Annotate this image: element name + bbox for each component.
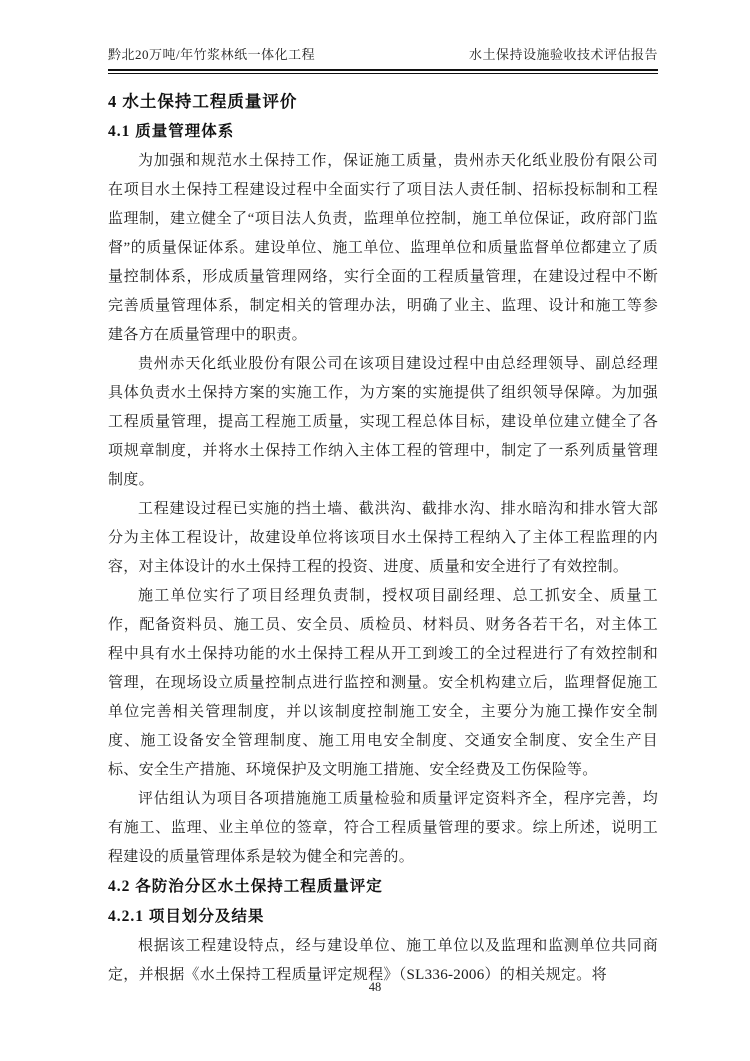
document-page: 黔北20万吨/年竹浆林纸一体化工程 水土保持设施验收技术评估报告 4 水土保持工… [0, 0, 750, 1061]
section-4-1-heading: 4.1 质量管理体系 [108, 117, 658, 147]
section-4-2-heading: 4.2 各防治分区水土保持工程质量评定 [108, 872, 658, 902]
paragraph-quality-system-5: 评估组认为项目各项措施施工质量检验和质量评定资料齐全，程序完善，均有施工、监理、… [108, 785, 658, 872]
paragraph-quality-system-3: 工程建设过程已实施的挡土墙、截洪沟、截排水沟、排水暗沟和排水管大部分为主体工程设… [108, 495, 658, 582]
section-4-heading: 4 水土保持工程质量评价 [108, 87, 658, 117]
section-4-2-1-heading: 4.2.1 项目划分及结果 [108, 902, 658, 932]
paragraph-quality-system-2: 贵州赤天化纸业股份有限公司在该项目建设过程中由总经理领导、副总经理具体负责水土保… [108, 350, 658, 495]
paragraph-quality-system-1: 为加强和规范水土保持工作，保证施工质量，贵州赤天化纸业股份有限公司在项目水土保持… [108, 147, 658, 350]
header-left-title: 黔北20万吨/年竹浆林纸一体化工程 [108, 46, 315, 64]
header-rule [108, 69, 658, 74]
page-footer: 48 [0, 980, 750, 995]
header-right-title: 水土保持设施验收技术评估报告 [469, 46, 658, 64]
page-content: 黔北20万吨/年竹浆林纸一体化工程 水土保持设施验收技术评估报告 4 水土保持工… [108, 46, 658, 990]
page-number: 48 [369, 980, 382, 994]
page-header: 黔北20万吨/年竹浆林纸一体化工程 水土保持设施验收技术评估报告 [108, 46, 658, 64]
paragraph-quality-system-4: 施工单位实行了项目经理负责制，授权项目副经理、总工抓安全、质量工作，配备资料员、… [108, 582, 658, 785]
